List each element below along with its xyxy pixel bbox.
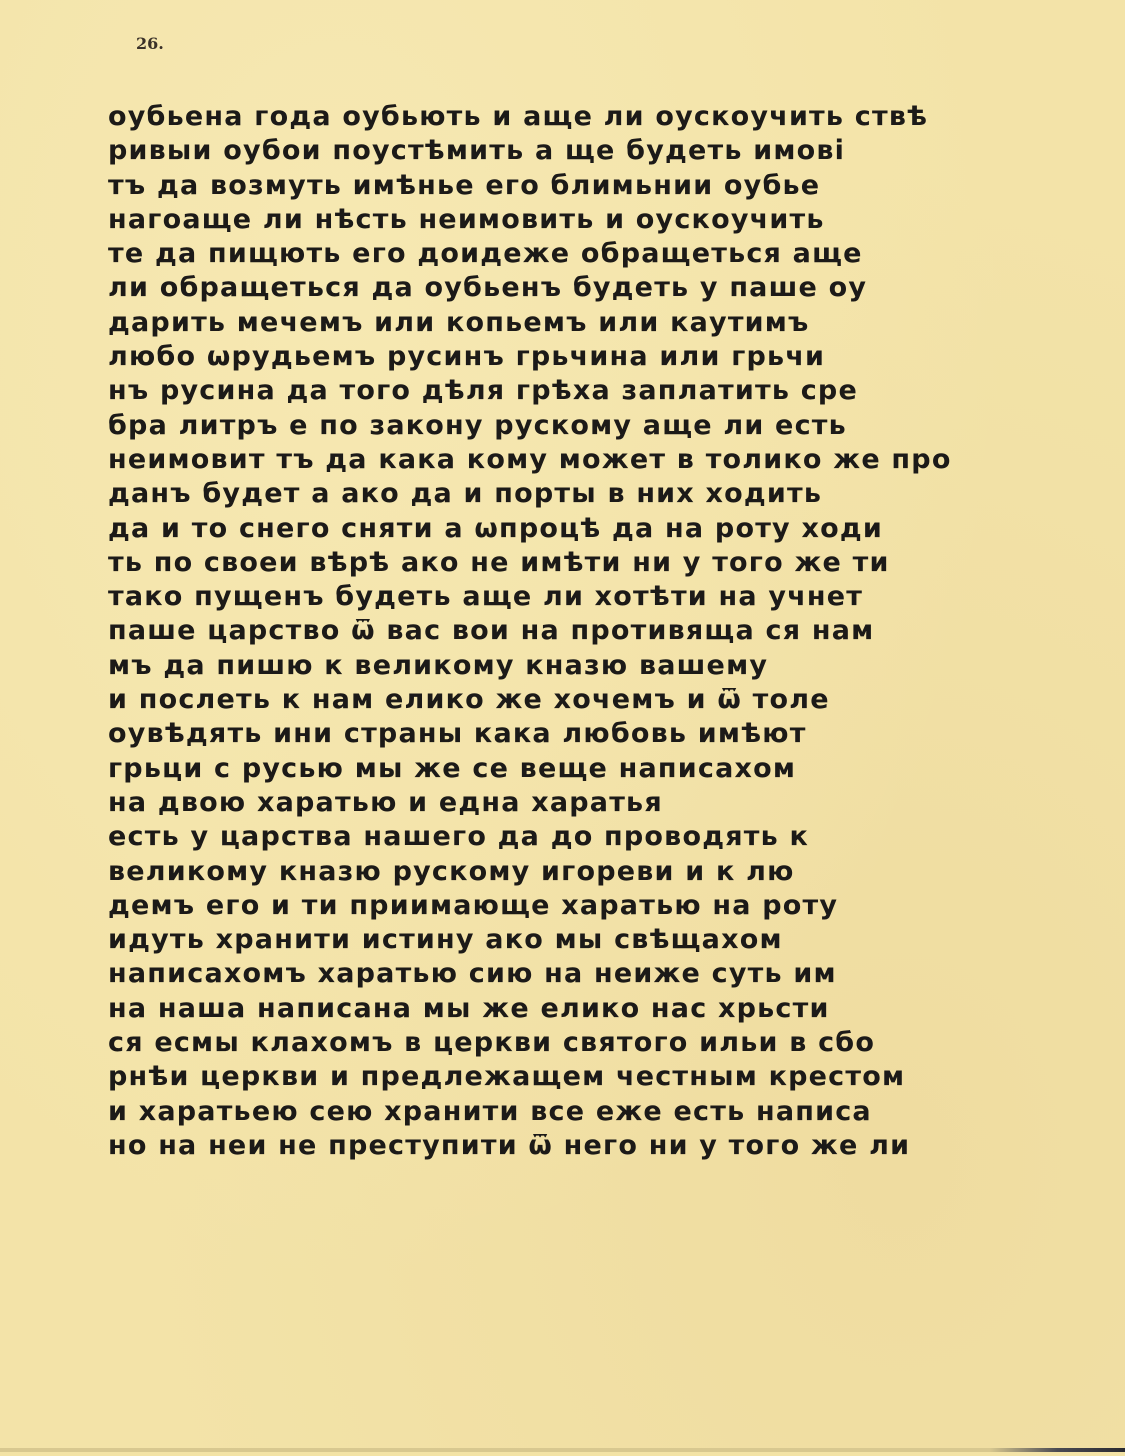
manuscript-line: нъ русина да того дѣля грѣха заплатить с… <box>108 374 1058 408</box>
manuscript-line: любо ѡрудьемъ русинъ грьчина или грьчи <box>108 340 1058 374</box>
manuscript-line: грьци с русью мы же се веще написахом <box>108 752 1058 786</box>
manuscript-line: ся есмы клахомъ в церкви святого ильи в … <box>108 1026 1058 1060</box>
manuscript-line: оувѣдять ини страны кака любовь имѣют <box>108 717 1058 751</box>
manuscript-line: ли обращеться да оубьенъ будеть у паше о… <box>108 271 1058 305</box>
manuscript-page: 26. оубьена года оубьють и аще ли оускоу… <box>0 0 1125 1452</box>
manuscript-line: на наша написана мы же елико нас хрьсти <box>108 992 1058 1026</box>
manuscript-line: но на неи не преступити ѿ него ни у того… <box>108 1129 1058 1163</box>
manuscript-line: есть у царства нашего да до проводять к <box>108 820 1058 854</box>
manuscript-line: те да пищють его доидеже обращеться аще <box>108 237 1058 271</box>
manuscript-line: да и то снего сняти а ѡпроцѣ да на роту … <box>108 512 1058 546</box>
manuscript-line: ривыи оубои поустѣмить а ще будеть имовi <box>108 134 1058 168</box>
manuscript-line: бра литръ е по закону рускому аще ли ест… <box>108 409 1058 443</box>
manuscript-line: нагоаще ли нѣсть неимовить и оускоучить <box>108 203 1058 237</box>
page-number: 26. <box>136 34 164 53</box>
manuscript-line: идуть хранити истину ако мы свѣщахом <box>108 923 1058 957</box>
manuscript-line: и послеть к нам елико же хочемъ и ѿ толе <box>108 683 1058 717</box>
manuscript-line: ть по своеи вѣрѣ ако не имѣти ни у того … <box>108 546 1058 580</box>
manuscript-line: написахомъ харатью сию на неиже суть им <box>108 957 1058 991</box>
manuscript-line: великому кназю рускому игореви и к лю <box>108 855 1058 889</box>
manuscript-line: тъ да возмуть имѣнье его блимьнии оубье <box>108 169 1058 203</box>
manuscript-line: паше царство ѿ вас вои на противяща ся н… <box>108 614 1058 648</box>
manuscript-line: оубьена года оубьють и аще ли оускоучить… <box>108 100 1058 134</box>
manuscript-line: на двою харатью и една харатья <box>108 786 1058 820</box>
manuscript-line: тако пущенъ будеть аще ли хотѣти на учне… <box>108 580 1058 614</box>
manuscript-line: и харатьею сею хранити все еже есть напи… <box>108 1095 1058 1129</box>
manuscript-line: мъ да пишю к великому кназю вашему <box>108 649 1058 683</box>
manuscript-text-block: оубьена года оубьють и аще ли оускоучить… <box>108 100 1058 1163</box>
manuscript-line: данъ будет а ако да и порты в них ходить <box>108 477 1058 511</box>
manuscript-line: демъ его и ти приимающе харатью на роту <box>108 889 1058 923</box>
manuscript-line: рнѣи церкви и предлежащем честным кресто… <box>108 1060 1058 1094</box>
manuscript-line: дарить мечемъ или копьемъ или каутимъ <box>108 306 1058 340</box>
page-bottom-edge <box>0 1448 1125 1452</box>
manuscript-line: неимовит тъ да кака кому может в толико … <box>108 443 1058 477</box>
